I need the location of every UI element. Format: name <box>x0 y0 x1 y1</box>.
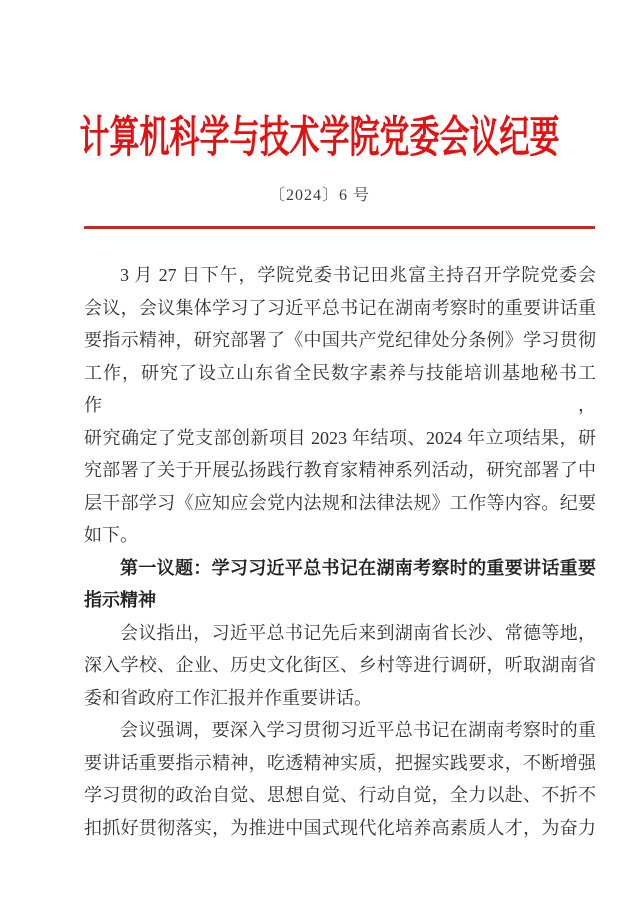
section-heading-line: 指示精神 <box>84 584 596 617</box>
body-line: 如下。 <box>84 519 596 552</box>
document-page: 计算机科学与技术学院党委会议纪要 〔2024〕6 号 3 月 27 日下午，学院… <box>0 0 639 906</box>
red-divider-line <box>84 226 595 229</box>
body-line: 学习贯彻的政治自觉、思想自觉、行动自觉，全力以赴、不折不 <box>84 779 596 812</box>
body-line: 委和省政府工作汇报并作重要讲话。 <box>84 682 596 715</box>
body-line: 研究确定了党支部创新项目 2023 年结项、2024 年立项结果，研 <box>84 422 596 455</box>
body-line: 层干部学习《应知应会党内法规和法律法规》工作等内容。纪要 <box>84 487 596 520</box>
document-title: 计算机科学与技术学院党委会议纪要 <box>0 107 639 171</box>
body-line: 会议，会议集体学习了习近平总书记在湖南考察时的重要讲话重 <box>84 292 596 325</box>
body-line: 3 月 27 日下午，学院党委书记田兆富主持召开学院党委会 <box>84 259 596 292</box>
body-line: 工作，研究了设立山东省全民数字素养与技能培训基地秘书工作， <box>84 357 596 422</box>
body-line: 扣抓好贯彻落实，为推进中国式现代化培养高素质人才，为奋力 <box>84 812 596 845</box>
body-line: 要讲话重要指示精神，吃透精神实质，把握实践要求，不断增强 <box>84 747 596 780</box>
body-line: 要指示精神，研究部署了《中国共产党纪律处分条例》学习贯彻 <box>84 324 596 357</box>
body-line: 会议强调，要深入学习贯彻习近平总书记在湖南考察时的重 <box>84 714 596 747</box>
section-heading-line: 第一议题：学习习近平总书记在湖南考察时的重要讲话重要 <box>84 552 596 585</box>
document-number: 〔2024〕6 号 <box>0 185 639 207</box>
document-body: 3 月 27 日下午，学院党委书记田兆富主持召开学院党委会 会议，会议集体学习了… <box>84 259 596 844</box>
body-line: 深入学校、企业、历史文化街区、乡村等进行调研，听取湖南省 <box>84 649 596 682</box>
body-line: 会议指出，习近平总书记先后来到湖南省长沙、常德等地， <box>84 617 596 650</box>
body-line: 究部署了关于开展弘扬践行教育家精神系列活动，研究部署了中 <box>84 454 596 487</box>
